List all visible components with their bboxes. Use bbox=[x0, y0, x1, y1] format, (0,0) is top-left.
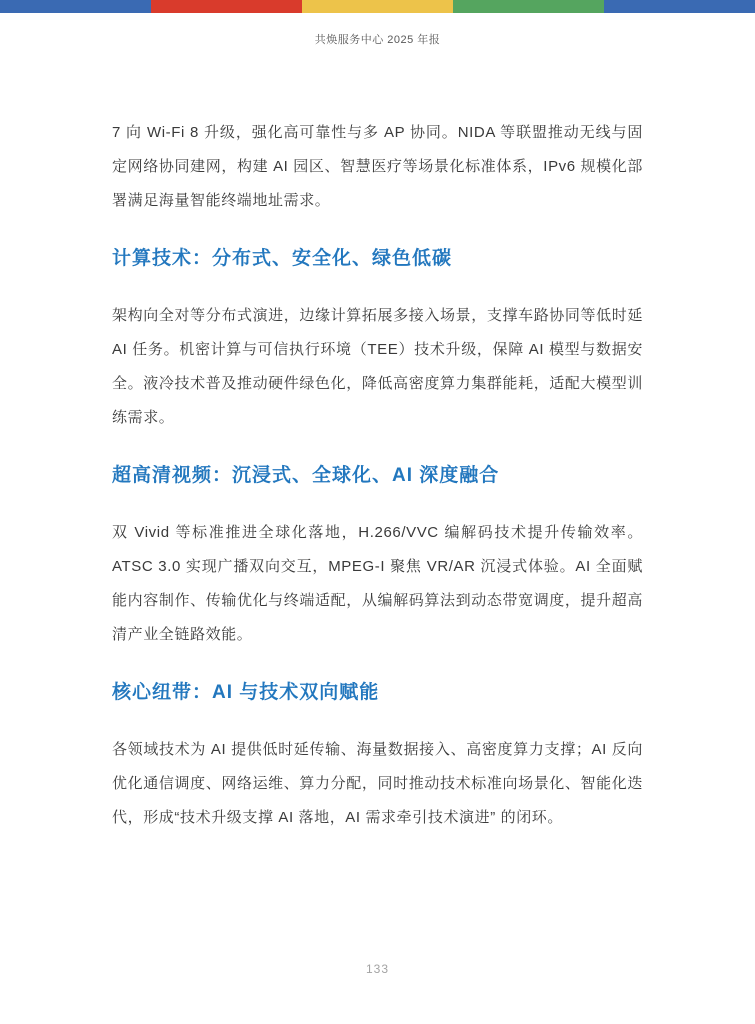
page-content: 7 向 Wi-Fi 8 升级，强化高可靠性与多 AP 协同。NIDA 等联盟推动… bbox=[0, 48, 755, 835]
section-computing: 计算技术：分布式、安全化、绿色低碳 架构向全对等分布式演进，边缘计算拓展多接入场… bbox=[112, 248, 643, 435]
running-header: 共焕服务中心 2025 年报 bbox=[0, 33, 755, 48]
color-bar-segment-yellow bbox=[302, 0, 453, 13]
page-number: 133 bbox=[0, 962, 755, 976]
section-body-ai-nexus: 各领域技术为 AI 提供低时延传输、海量数据接入、高密度算力支撑；AI 反向优化… bbox=[112, 733, 643, 835]
section-body-computing: 架构向全对等分布式演进，边缘计算拓展多接入场景，支撑车路协同等低时延 AI 任务… bbox=[112, 299, 643, 435]
color-bar-segment-red bbox=[151, 0, 302, 13]
section-heading-ai-nexus: 核心纽带：AI 与技术双向赋能 bbox=[112, 682, 643, 704]
section-body-uhd-video: 双 Vivid 等标准推进全球化落地，H.266/VVC 编解码技术提升传输效率… bbox=[112, 516, 643, 652]
intro-paragraph: 7 向 Wi-Fi 8 升级，强化高可靠性与多 AP 协同。NIDA 等联盟推动… bbox=[112, 116, 643, 218]
section-heading-computing: 计算技术：分布式、安全化、绿色低碳 bbox=[112, 248, 643, 270]
color-bar-segment-blue-left bbox=[0, 0, 151, 13]
decorative-color-bar bbox=[0, 0, 755, 13]
report-page: 共焕服务中心 2025 年报 7 向 Wi-Fi 8 升级，强化高可靠性与多 A… bbox=[0, 0, 755, 1024]
color-bar-segment-blue-right bbox=[604, 0, 755, 13]
section-heading-uhd-video: 超高清视频：沉浸式、全球化、AI 深度融合 bbox=[112, 465, 643, 487]
color-bar-segment-green bbox=[453, 0, 604, 13]
section-ai-nexus: 核心纽带：AI 与技术双向赋能 各领域技术为 AI 提供低时延传输、海量数据接入… bbox=[112, 682, 643, 835]
section-uhd-video: 超高清视频：沉浸式、全球化、AI 深度融合 双 Vivid 等标准推进全球化落地… bbox=[112, 465, 643, 652]
